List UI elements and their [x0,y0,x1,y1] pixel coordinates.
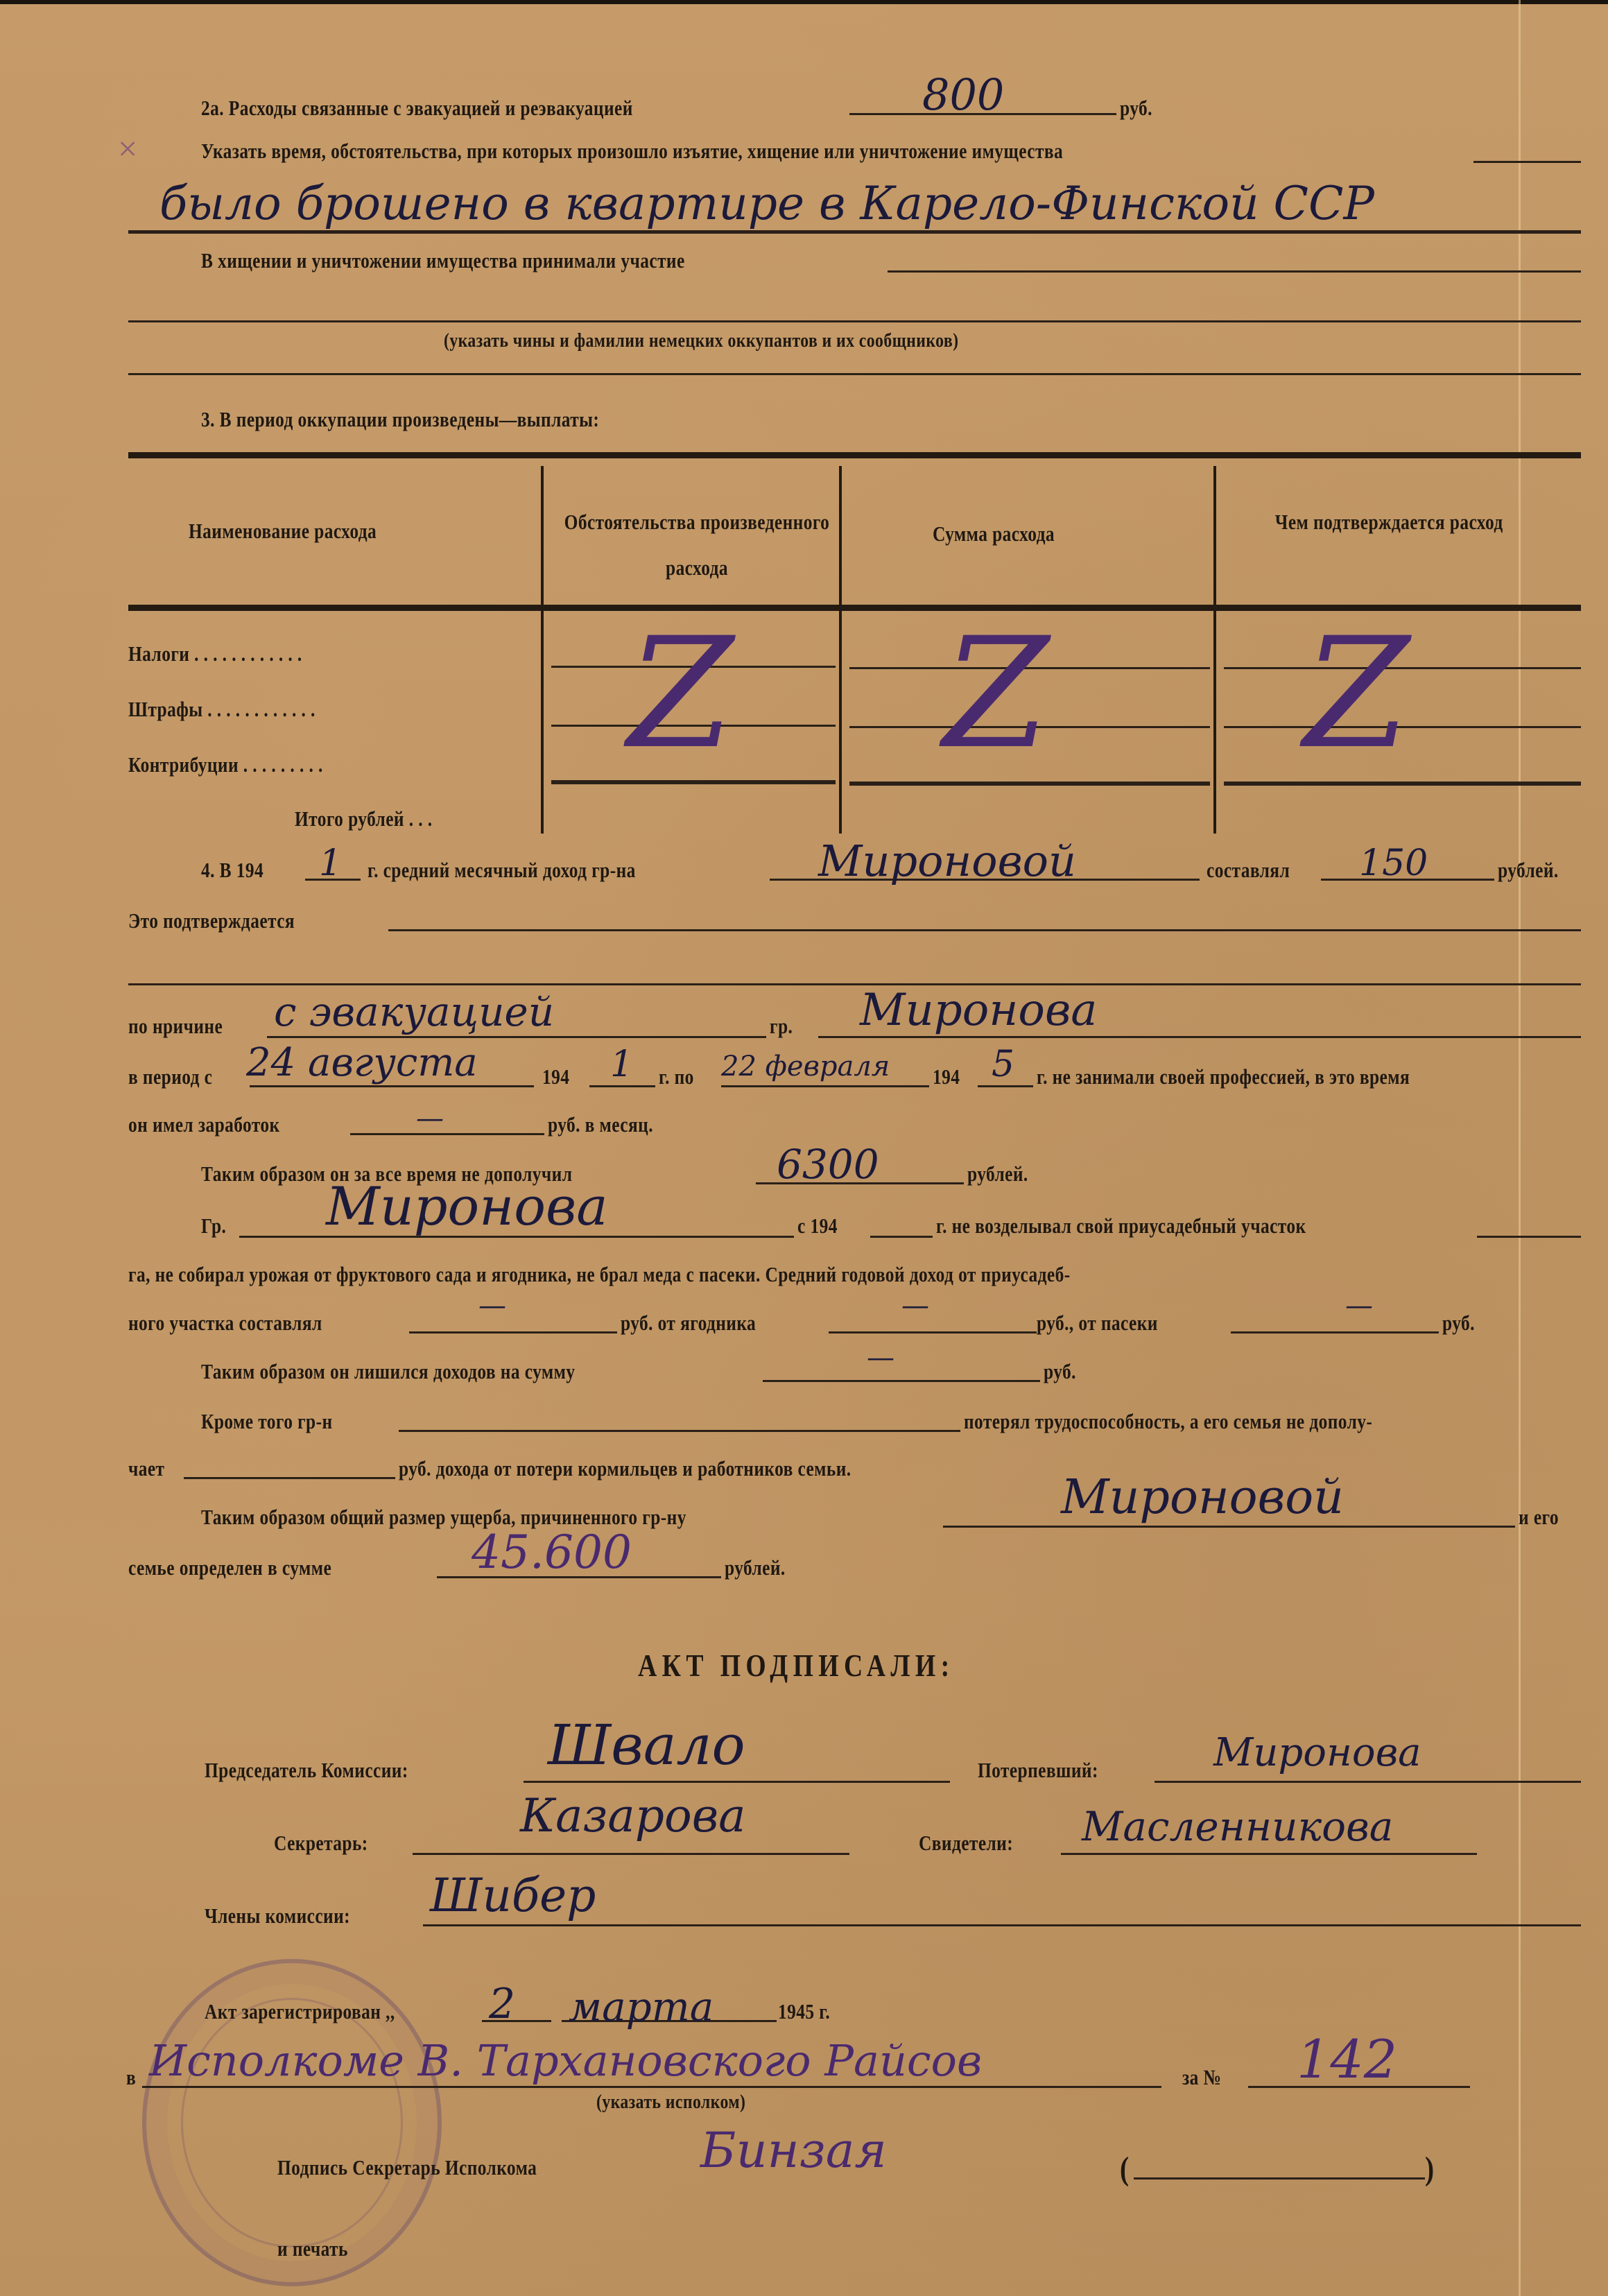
reason-label: по нричине [128,1014,223,1039]
underline [943,1526,1515,1528]
section-4-year-prefix: 4. В 194 [201,858,263,883]
plot-gr-label: Гр. [201,1214,226,1238]
underline [829,1331,1037,1333]
earnings-unit: руб. в месяц. [548,1112,653,1137]
total-sum: 45.600 [472,1526,632,1579]
underline [350,1133,544,1135]
underline [1155,1781,1581,1783]
disability-label: Кроме того гр-н [201,1409,333,1434]
apiary-unit: руб. [1442,1311,1475,1336]
period-tail: г. не занимали своей профессией, в это в… [1037,1064,1410,1089]
underline [870,1236,933,1238]
table-col-divider-3 [1213,466,1216,834]
ink-mark-icon: × [118,128,137,169]
crossed-out-mark: Z [943,617,1049,770]
underline [524,1781,950,1783]
gr-value: Миронова [860,985,1097,1036]
disability-text: потерял трудоспособность, а его семья не… [964,1409,1372,1434]
earnings-label: он имел заработок [128,1112,280,1137]
table-col-divider-1 [541,466,544,834]
apiary-label: руб., от пасеки [1037,1311,1158,1336]
underline [1134,2177,1425,2180]
victim-label: Потерпевший: [978,1758,1098,1783]
apiary-value: — [1345,1290,1373,1322]
table-header-name: Наименование расхода [189,519,377,544]
circumstances-value: было брошено в квартире в Карело-Финской… [159,177,1374,230]
underline [423,1924,1581,1926]
period-label: в период с [128,1064,212,1089]
earnings-value: — [416,1103,444,1134]
secretary-sign-value: Бинзая [700,2122,887,2179]
section-2a-unit: руб. [1120,96,1152,121]
registration-year: 1945 г. [778,1999,830,2024]
scan-edge [0,0,1608,4]
year-b-prefix: 194 [933,1064,960,1089]
participants-hint: (указать чины и фамилии немецких оккупан… [444,329,958,352]
underline [142,2086,1161,2088]
reason-value: с эвакуацией [274,988,554,1035]
total-unit: рублей. [725,1555,786,1580]
year-a-digit: 1 [610,1044,633,1085]
underline [1231,1331,1439,1333]
section-4-text-a: г. средний месячный доход гр-на [368,858,636,883]
chairman-label: Председатель Комиссии: [205,1758,408,1783]
scanned-document-page: × 2а. Расходы связанные с эвакуацией и р… [0,0,1608,2296]
section-4-text-b: составлял [1207,858,1290,883]
section-4-income: 150 [1359,843,1428,884]
lost-income-label: Таким образом он лишился доходов на сумм… [201,1359,575,1384]
gr-label: гр. [770,1014,793,1039]
section-4-year-digit: 1 [319,843,342,884]
confirmed-underline [388,929,1581,931]
underline [413,1853,849,1855]
paren-right: ) [1425,2150,1435,2188]
witnesses-signature: Масленникова [1082,1803,1393,1850]
period-from: 24 августа [246,1040,478,1085]
underline [1477,1236,1581,1238]
underline [721,1085,929,1087]
circumstances-underline-2 [128,230,1581,234]
berry-value: — [901,1290,929,1322]
table-row-contributions: Контрибуции . . . . . . . . . [128,752,323,777]
paren-left: ( [1120,2150,1130,2188]
secretary-signature: Казарова [520,1789,746,1842]
underline [409,1331,617,1333]
registration-in-label: в [126,2065,136,2090]
section-2a-value: 800 [922,69,1004,120]
signatures-title: АКТ ПОДПИСАЛИ: [638,1647,955,1684]
divider [128,373,1581,375]
confirmed-underline-2 [128,983,1581,985]
seal-label: и печать [277,2236,348,2261]
crossed-out-mark: Z [628,617,734,770]
victim-signature: Миронова [1213,1730,1421,1775]
not-received-value: 6300 [777,1141,879,1188]
registration-executive: Исполкоме В. Тархановского Райсов [149,2035,982,2086]
lost-income-unit: руб. [1044,1359,1076,1384]
lost-income-value: — [867,1342,894,1374]
participants-underline-1 [888,270,1581,273]
registration-number-label: за № [1182,2065,1221,2090]
period-to-label: г. по [659,1064,694,1089]
secretary-sign-label: Подпись Секретарь Исполкома [277,2155,537,2180]
circumstances-label: Указать время, обстоятельства, при котор… [201,139,1063,164]
underline [978,1085,1033,1087]
witnesses-label: Свидетели: [919,1831,1013,1856]
secretary-label: Секретарь: [274,1831,368,1856]
section-2a-label: 2а. Расходы связанные с эвакуацией и реэ… [201,96,633,121]
plot-text: г. не возделывал свой приусадебный участ… [936,1214,1306,1238]
underline [763,1380,1040,1382]
year-a-prefix: 194 [542,1064,569,1089]
plot-text-3: ного участка составлял [128,1311,322,1336]
table-header-sum: Сумма расхода [933,521,1055,546]
underline [184,1477,395,1479]
paper-fold [1519,0,1521,2296]
table-top-rule [128,452,1581,458]
executive-hint: (указать исполком) [596,2091,745,2114]
table-total-label: Итого рублей . . . [295,806,433,831]
total-name: Мироновой [1061,1470,1344,1525]
participants-underline-2 [128,320,1581,322]
family-text: руб. дохода от потери кормильцев и работ… [399,1456,851,1481]
underline [589,1085,655,1087]
table-header-proof: Чем подтверждается расход [1241,499,1537,545]
members-signature: Шибер [430,1869,596,1922]
table-col-divider-2 [839,466,842,834]
table-row-fines: Штрафы . . . . . . . . . . . . [128,697,315,722]
not-received-unit: рублей. [967,1162,1028,1186]
total-tail: и его [1519,1505,1559,1530]
berry-label: руб. от ягодника [621,1311,756,1336]
underline [1061,1853,1477,1855]
participants-label: В хищении и уничтожении имущества приним… [201,248,685,273]
family-prefix: чает [128,1456,164,1481]
section-4-unit: рублей. [1498,858,1559,883]
plot-gr-value: Миронова [326,1175,608,1237]
registration-label: Акт зарегистрирован ,, [205,1999,395,2024]
table-row-taxes: Налоги . . . . . . . . . . . . [128,641,302,666]
table-header-circumstances: Обстоятельства произведенного расхода [555,499,839,591]
year-b-digit: 5 [992,1044,1014,1085]
plot-text-2: га, не собирал урожая от фруктового сада… [128,1262,1071,1287]
section-3-label: 3. В период оккупации произведены—выплат… [201,407,599,432]
underline [267,1036,766,1038]
confirmed-label: Это подтверждается [128,908,295,933]
chairman-signature: Швало [548,1713,745,1777]
circumstances-underline-1 [1473,161,1581,163]
plot-year-label: с 194 [797,1214,838,1238]
total-sum-label: семье определен в сумме [128,1555,331,1580]
registration-month: марта [569,1983,714,2030]
underline [399,1430,960,1432]
members-label: Члены комиссии: [205,1904,350,1928]
section-4-name: Мироновой [818,836,1076,886]
registration-day: 2 [489,1980,515,2028]
period-to: 22 февраля [721,1051,890,1082]
plot-value: — [478,1290,506,1322]
crossed-out-mark: Z [1304,617,1410,770]
underline [818,1036,1581,1038]
registration-number: 142 [1297,2028,1397,2090]
underline [250,1085,534,1087]
